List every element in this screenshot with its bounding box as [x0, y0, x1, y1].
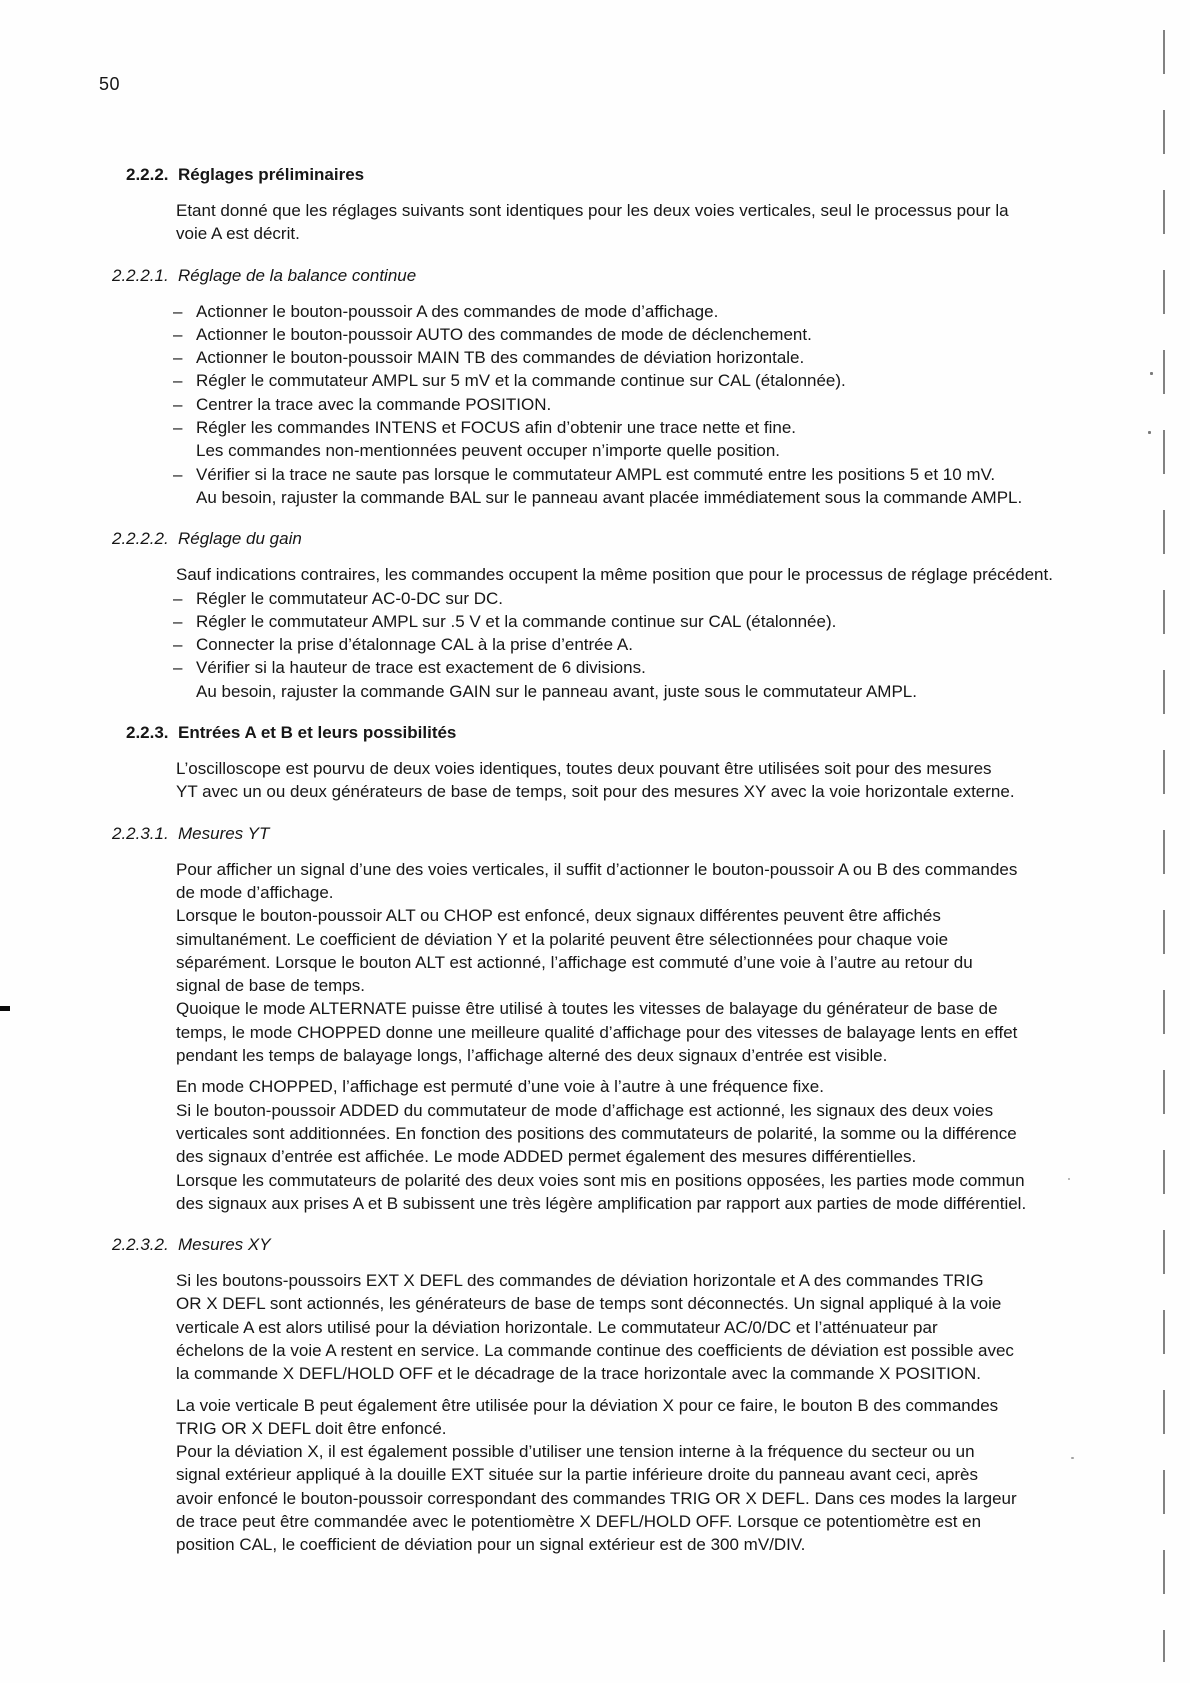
paragraph-line: Lorsque les commutateurs de polarité des… [176, 1169, 1116, 1192]
paragraph-line: voie A est décrit. [176, 222, 1116, 245]
bullet-lines: Régler le commutateur AMPL sur .5 V et l… [196, 610, 1116, 633]
bullet-item: –Régler le commutateur AMPL sur .5 V et … [176, 610, 1116, 633]
bullet-marker: – [173, 369, 182, 392]
section-2-2-3-2: 2.2.3.2.Mesures XYSi les boutons-poussoi… [0, 1233, 1190, 1557]
heading-title: Mesures XY [178, 1233, 271, 1257]
section-heading: 2.2.3.1.Mesures YT [0, 822, 1190, 846]
bullet-item: –Régler les commandes INTENS et FOCUS af… [176, 416, 1116, 463]
bullet-lines: Régler les commandes INTENS et FOCUS afi… [196, 416, 1116, 463]
bullet-lines: Centrer la trace avec la commande POSITI… [196, 393, 1116, 416]
bullet-marker: – [173, 393, 182, 416]
bullet-marker: – [173, 300, 182, 323]
bullet-lines: Régler le commutateur AC-0-DC sur DC. [196, 587, 1116, 610]
scanned-manual-page: 50 2.2.2.Réglages préliminairesEtant don… [0, 0, 1190, 1683]
paragraph-line: pendant les temps de balayage longs, l’a… [176, 1044, 1116, 1067]
bullet-line: Au besoin, rajuster la commande GAIN sur… [196, 680, 1116, 703]
bullet-item: –Connecter la prise d’étalonnage CAL à l… [176, 633, 1116, 656]
heading-number: 2.2.2.1. [112, 264, 178, 288]
bullet-line: Vérifier si la hauteur de trace est exac… [196, 656, 1116, 679]
section-heading: 2.2.2.Réglages préliminaires [0, 163, 1190, 187]
paragraph: Si les boutons-poussoirs EXT X DEFL des … [176, 1269, 1116, 1385]
bullet-line: Régler le commutateur AMPL sur 5 mV et l… [196, 369, 1116, 392]
bullet-lines: Actionner le bouton-poussoir A des comma… [196, 300, 1116, 323]
bullet-line: Régler les commandes INTENS et FOCUS afi… [196, 416, 1116, 439]
bullet-marker: – [173, 633, 182, 656]
paragraph-line: YT avec un ou deux générateurs de base d… [176, 780, 1116, 803]
section-heading: 2.2.2.1.Réglage de la balance continue [0, 264, 1190, 288]
paragraph: Etant donné que les réglages suivants so… [176, 199, 1116, 246]
bullet-item: –Actionner le bouton-poussoir A des comm… [176, 300, 1116, 323]
paragraph-line: temps, le mode CHOPPED donne une meilleu… [176, 1021, 1116, 1044]
bullet-line: Centrer la trace avec la commande POSITI… [196, 393, 1116, 416]
bullet-line: Actionner le bouton-poussoir A des comma… [196, 300, 1116, 323]
section-2-2-3: 2.2.3.Entrées A et B et leurs possibilit… [0, 721, 1190, 804]
heading-number: 2.2.3.1. [112, 822, 178, 846]
bullet-item: –Régler le commutateur AC-0-DC sur DC. [176, 587, 1116, 610]
paragraph-line: avoir enfoncé le bouton-poussoir corresp… [176, 1487, 1116, 1510]
section-heading: 2.2.3.Entrées A et B et leurs possibilit… [0, 721, 1190, 745]
paragraph-line: Si les boutons-poussoirs EXT X DEFL des … [176, 1269, 1116, 1292]
paragraph: La voie verticale B peut également être … [176, 1394, 1116, 1557]
paragraph-line: position CAL, le coefficient de déviatio… [176, 1533, 1116, 1556]
bullet-marker: – [173, 346, 182, 369]
bullet-item: –Vérifier si la trace ne saute pas lorsq… [176, 463, 1116, 510]
section-heading: 2.2.3.2.Mesures XY [0, 1233, 1190, 1257]
paragraph-line: la commande X DEFL/HOLD OFF et le décadr… [176, 1362, 1116, 1385]
heading-number: 2.2.3. [126, 721, 178, 745]
paragraph-line: Pour la déviation X, il est également po… [176, 1440, 1116, 1463]
paragraph-line: échelons de la voie A restent en service… [176, 1339, 1116, 1362]
bullet-line: Régler le commutateur AC-0-DC sur DC. [196, 587, 1116, 610]
section-blocks: Sauf indications contraires, les command… [176, 563, 1116, 703]
heading-title: Mesures YT [178, 822, 269, 846]
section-blocks: Si les boutons-poussoirs EXT X DEFL des … [176, 1269, 1116, 1557]
document-body: 2.2.2.Réglages préliminairesEtant donné … [0, 163, 1190, 1557]
paragraph-line: de trace peut être commandée avec le pot… [176, 1510, 1116, 1533]
bullet-item: –Vérifier si la hauteur de trace est exa… [176, 656, 1116, 703]
paragraph-line: Sauf indications contraires, les command… [176, 563, 1116, 586]
heading-title: Réglage du gain [178, 527, 302, 551]
bullet-lines: Vérifier si la hauteur de trace est exac… [196, 656, 1116, 703]
paragraph-line: des signaux aux prises A et B subissent … [176, 1192, 1116, 1215]
bullet-line: Actionner le bouton-poussoir MAIN TB des… [196, 346, 1116, 369]
section-2-2-2-2: 2.2.2.2.Réglage du gainSauf indications … [0, 527, 1190, 703]
bullet-marker: – [173, 323, 182, 346]
paragraph-line: Si le bouton-poussoir ADDED du commutate… [176, 1099, 1116, 1122]
paragraph-line: OR X DEFL sont actionnés, les générateur… [176, 1292, 1116, 1315]
paragraph-line: verticales sont additionnées. En fonctio… [176, 1122, 1116, 1145]
bullet-line: Au besoin, rajuster la commande BAL sur … [196, 486, 1116, 509]
paragraph-line: des signaux d’entrée est affichée. Le mo… [176, 1145, 1116, 1168]
heading-number: 2.2.2.2. [112, 527, 178, 551]
page-number: 50 [99, 74, 120, 95]
bullet-item: –Centrer la trace avec la commande POSIT… [176, 393, 1116, 416]
section-heading: 2.2.2.2.Réglage du gain [0, 527, 1190, 551]
paragraph-line: Etant donné que les réglages suivants so… [176, 199, 1116, 222]
paragraph-line: La voie verticale B peut également être … [176, 1394, 1116, 1417]
paragraph: L’oscilloscope est pourvu de deux voies … [176, 757, 1116, 804]
heading-title: Réglages préliminaires [178, 163, 364, 187]
paragraph-line: L’oscilloscope est pourvu de deux voies … [176, 757, 1116, 780]
paragraph-line: TRIG OR X DEFL doit être enfoncé. [176, 1417, 1116, 1440]
paragraph-line: En mode CHOPPED, l’affichage est permuté… [176, 1075, 1116, 1098]
section-blocks: –Actionner le bouton-poussoir A des comm… [176, 300, 1116, 510]
paragraph-line: signal extérieur appliqué à la douille E… [176, 1463, 1116, 1486]
paragraph: Sauf indications contraires, les command… [176, 563, 1116, 586]
section-blocks: Pour afficher un signal d’une des voies … [176, 858, 1116, 1215]
heading-title: Entrées A et B et leurs possibilités [178, 721, 456, 745]
bullet-item: –Régler le commutateur AMPL sur 5 mV et … [176, 369, 1116, 392]
paragraph: En mode CHOPPED, l’affichage est permuté… [176, 1075, 1116, 1215]
bullet-lines: Régler le commutateur AMPL sur 5 mV et l… [196, 369, 1116, 392]
bullet-lines: Actionner le bouton-poussoir MAIN TB des… [196, 346, 1116, 369]
bullet-item: –Actionner le bouton-poussoir AUTO des c… [176, 323, 1116, 346]
bullet-lines: Connecter la prise d’étalonnage CAL à la… [196, 633, 1116, 656]
paragraph-line: signal de base de temps. [176, 974, 1116, 997]
bullet-line: Connecter la prise d’étalonnage CAL à la… [196, 633, 1116, 656]
section-2-2-2: 2.2.2.Réglages préliminairesEtant donné … [0, 163, 1190, 246]
section-2-2-3-1: 2.2.3.1.Mesures YTPour afficher un signa… [0, 822, 1190, 1215]
paragraph-line: verticale A est alors utilisé pour la dé… [176, 1316, 1116, 1339]
bullet-item: –Actionner le bouton-poussoir MAIN TB de… [176, 346, 1116, 369]
bullet-lines: Actionner le bouton-poussoir AUTO des co… [196, 323, 1116, 346]
section-blocks: L’oscilloscope est pourvu de deux voies … [176, 757, 1116, 804]
paragraph-line: Quoique le mode ALTERNATE puisse être ut… [176, 997, 1116, 1020]
paragraph-line: séparément. Lorsque le bouton ALT est ac… [176, 951, 1116, 974]
paragraph-line: Pour afficher un signal d’une des voies … [176, 858, 1116, 881]
heading-title: Réglage de la balance continue [178, 264, 416, 288]
bullet-line: Les commandes non-mentionnées peuvent oc… [196, 439, 1116, 462]
paragraph-line: Lorsque le bouton-poussoir ALT ou CHOP e… [176, 904, 1116, 927]
bullet-marker: – [173, 416, 182, 439]
bullet-marker: – [173, 656, 182, 679]
bullet-marker: – [173, 463, 182, 486]
bullet-lines: Vérifier si la trace ne saute pas lorsqu… [196, 463, 1116, 510]
section-blocks: Etant donné que les réglages suivants so… [176, 199, 1116, 246]
bullet-line: Actionner le bouton-poussoir AUTO des co… [196, 323, 1116, 346]
bullet-line: Vérifier si la trace ne saute pas lorsqu… [196, 463, 1116, 486]
bullet-line: Régler le commutateur AMPL sur .5 V et l… [196, 610, 1116, 633]
bullet-marker: – [173, 587, 182, 610]
heading-number: 2.2.2. [126, 163, 178, 187]
bullet-marker: – [173, 610, 182, 633]
heading-number: 2.2.3.2. [112, 1233, 178, 1257]
paragraph: Pour afficher un signal d’une des voies … [176, 858, 1116, 1068]
paragraph-line: de mode d’affichage. [176, 881, 1116, 904]
paragraph-line: simultanément. Le coefficient de déviati… [176, 928, 1116, 951]
section-2-2-2-1: 2.2.2.1.Réglage de la balance continue–A… [0, 264, 1190, 510]
